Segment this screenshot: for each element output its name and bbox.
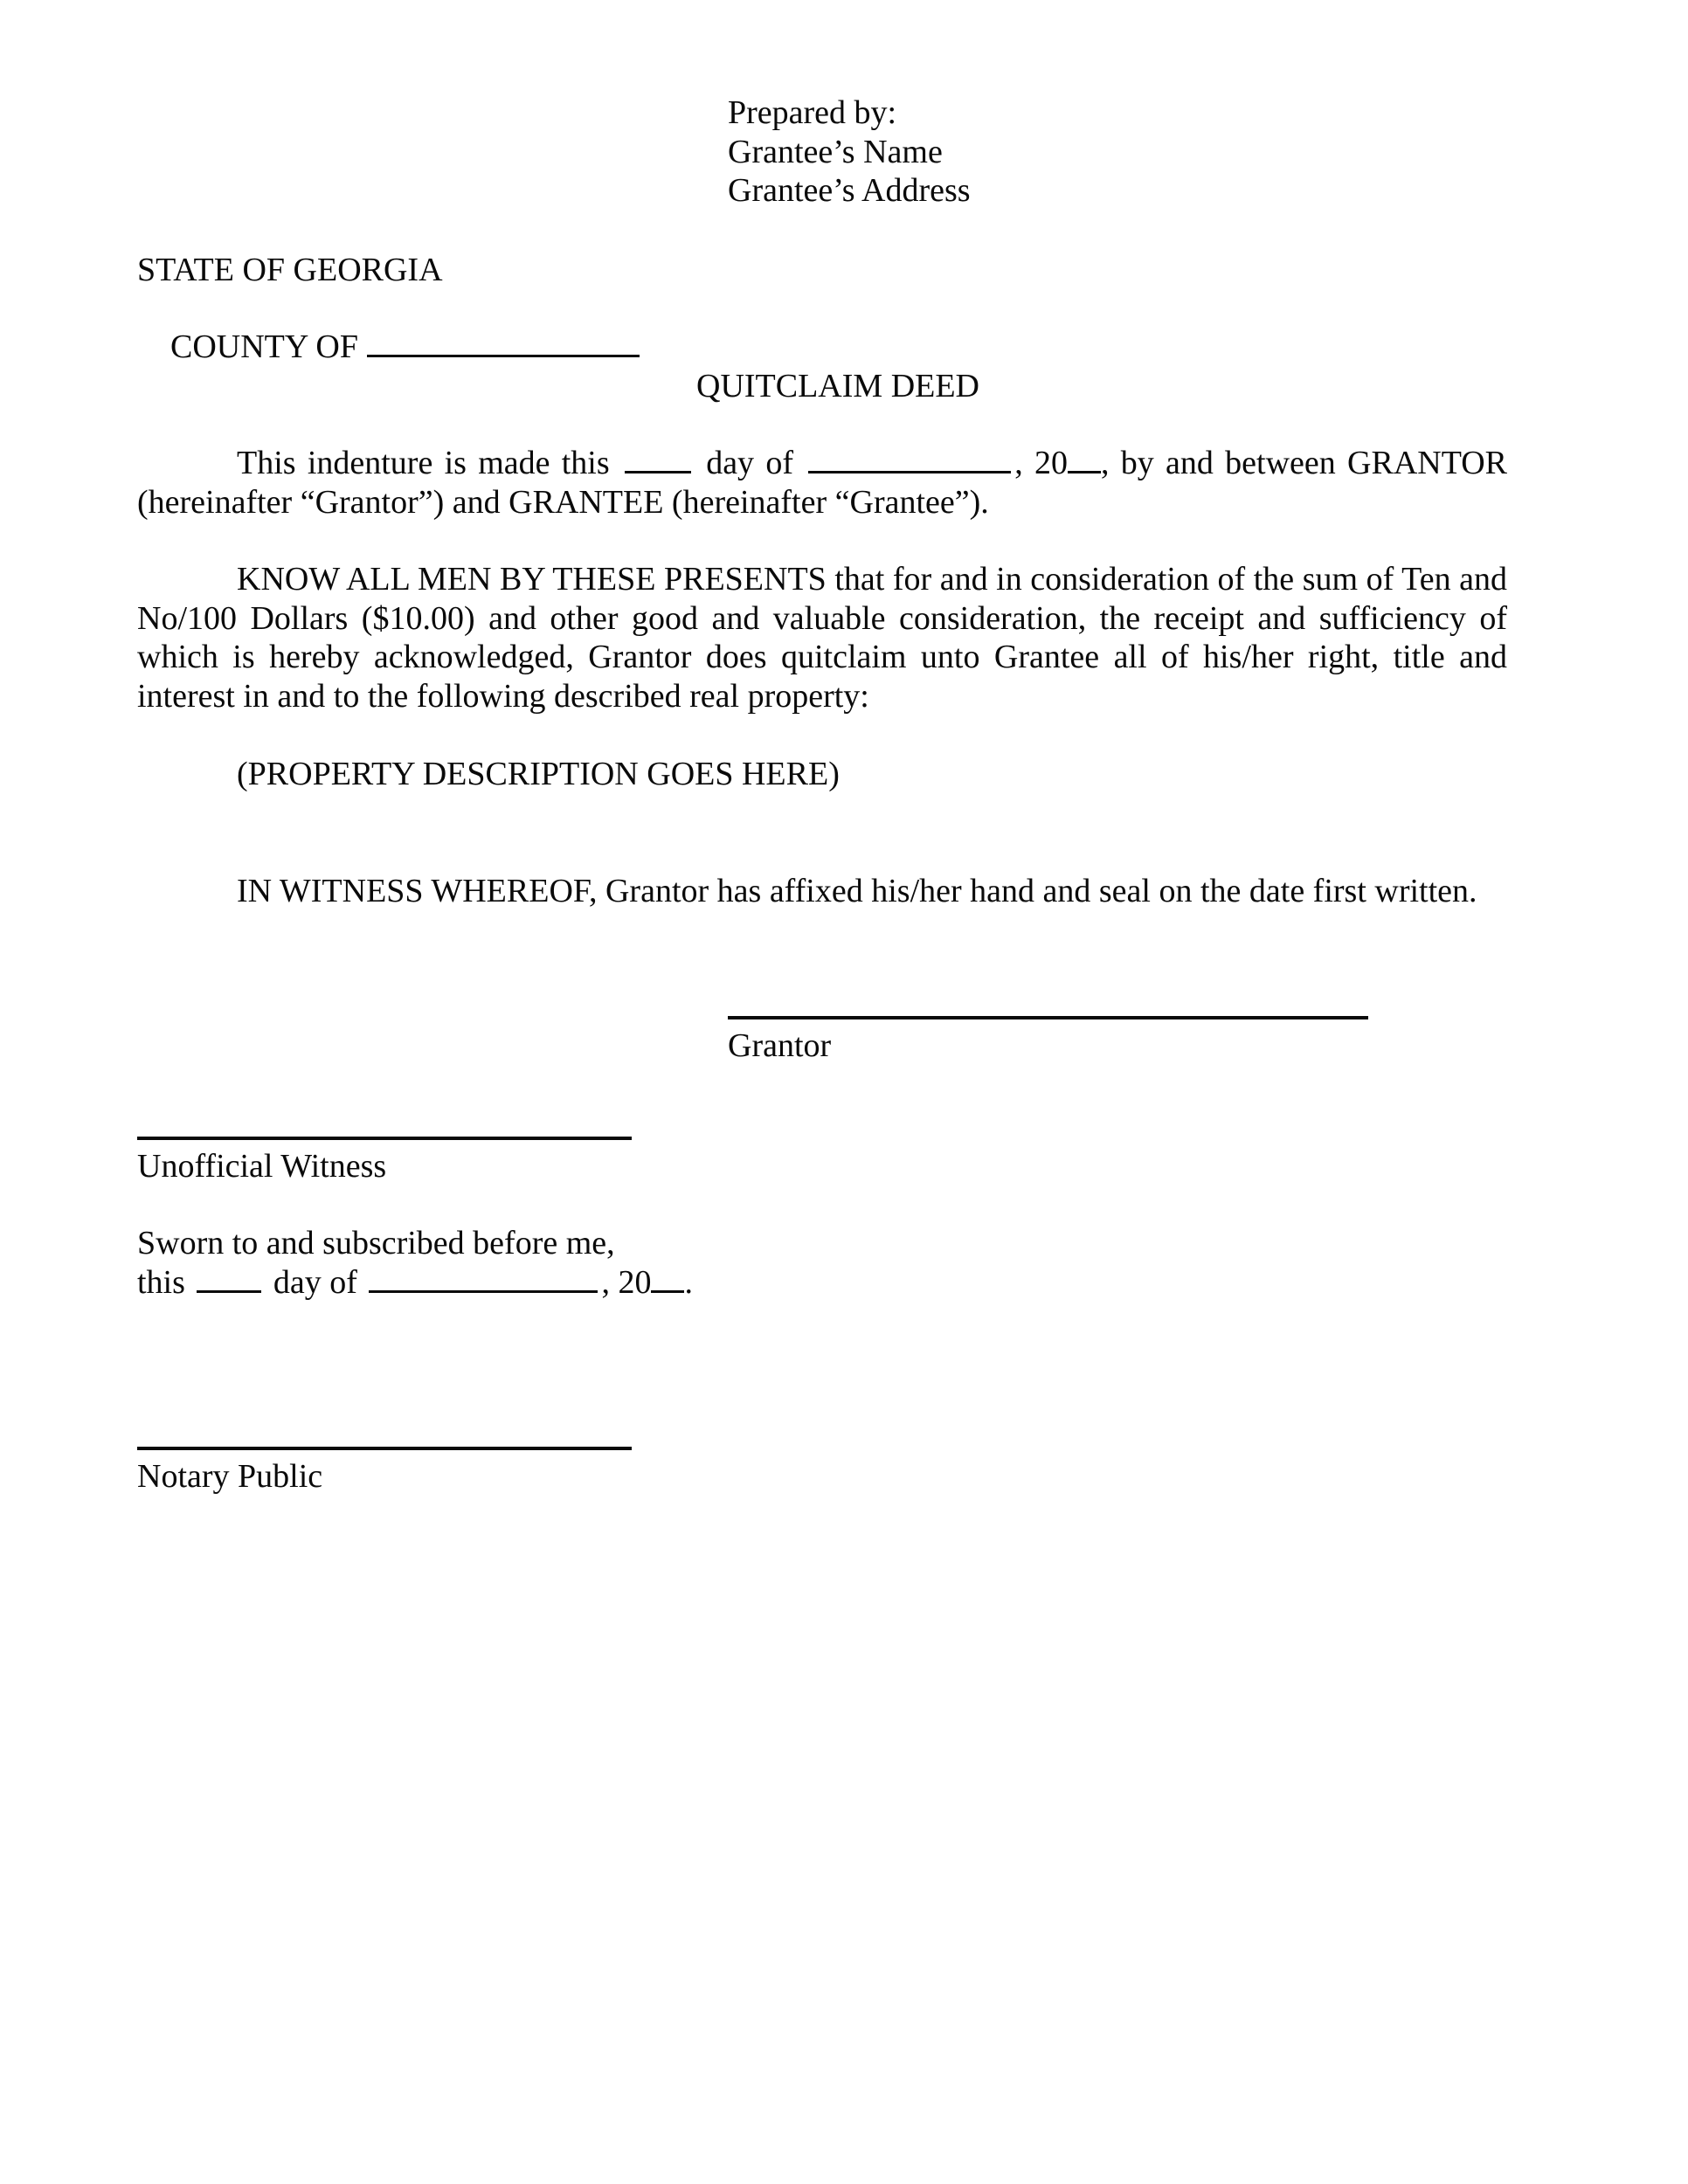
intro-text-1: This indenture is made this — [237, 445, 610, 481]
grantee-name: Grantee’s Name — [728, 133, 943, 171]
grantee-address: Grantee’s Address — [728, 171, 971, 210]
county-label: COUNTY OF — [170, 328, 358, 365]
property-description: (PROPERTY DESCRIPTION GOES HERE) — [237, 755, 840, 793]
document-title: QUITCLAIM DEED — [696, 367, 979, 405]
jurat-line-2: this day of , 20. — [137, 1263, 693, 1302]
jurat-year-prefix: , 20 — [601, 1264, 651, 1301]
grantor-label: Grantor — [728, 1026, 831, 1065]
grantor-signature-line[interactable] — [728, 1016, 1368, 1019]
month-blank[interactable] — [808, 445, 1011, 473]
notary-label: Notary Public — [137, 1457, 322, 1496]
jurat-line-1: Sworn to and subscribed before me, — [137, 1224, 615, 1262]
jurat-month-blank[interactable] — [369, 1264, 598, 1293]
consideration-paragraph: KNOW ALL MEN BY THESE PRESENTS that for … — [137, 560, 1507, 715]
witness-clause: IN WITNESS WHEREOF, Grantor has affixed … — [237, 872, 1477, 910]
jurat-day-of: day of — [273, 1264, 357, 1301]
intro-text-2: day of — [706, 445, 793, 481]
jurat-this: this — [137, 1264, 185, 1301]
prepared-by-label: Prepared by: — [728, 93, 896, 132]
intro-paragraph: This indenture is made this day of , 20,… — [137, 444, 1507, 522]
day-blank[interactable] — [625, 445, 691, 473]
county-line: COUNTY OF — [137, 289, 643, 404]
jurat-period: . — [684, 1264, 693, 1301]
jurat-year-blank[interactable] — [651, 1264, 684, 1293]
witness-label: Unofficial Witness — [137, 1147, 386, 1185]
witness-signature-line[interactable] — [137, 1137, 632, 1140]
notary-signature-line[interactable] — [137, 1447, 632, 1450]
intro-text-3: , 20 — [1014, 445, 1068, 481]
document-page: Prepared by: Grantee’s Name Grantee’s Ad… — [0, 0, 1688, 2184]
state-heading: STATE OF GEORGIA — [137, 251, 443, 289]
jurat-day-blank[interactable] — [197, 1264, 261, 1293]
county-blank[interactable] — [367, 328, 640, 357]
year-blank[interactable] — [1068, 445, 1101, 473]
